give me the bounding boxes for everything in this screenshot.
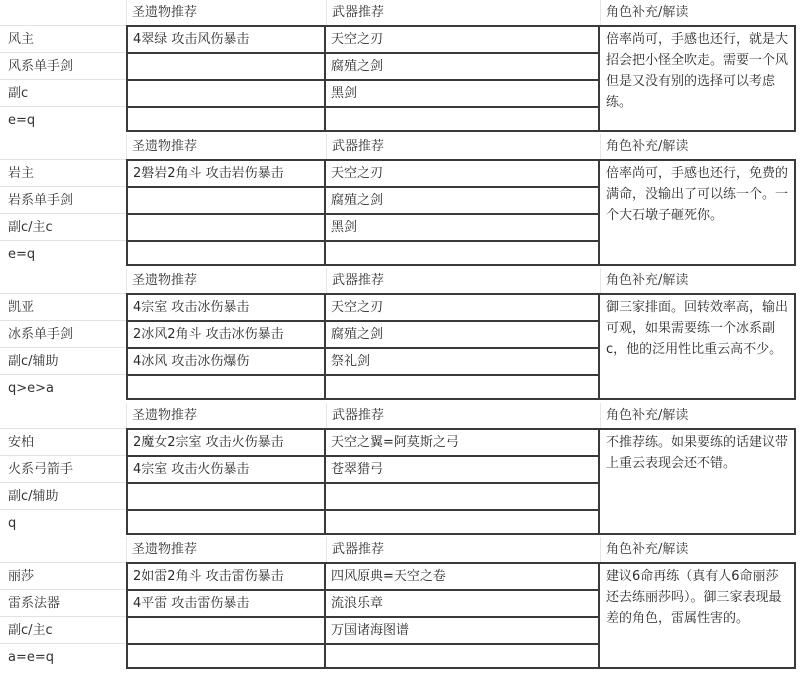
character-notes[interactable]: 倍率尚可，手感也还行，免费的满命，没输出了可以练一个。一个大石墩子砸死你。 <box>598 159 796 266</box>
artifact-cell[interactable] <box>128 618 326 645</box>
artifact-cell[interactable] <box>128 242 326 264</box>
weapon-header: 武器推荐 <box>326 537 600 562</box>
character-section-wind-traveler: 圣遗物推荐 武器推荐 角色补充/解读 风主 风系单手剑 副c e=q 4翠绿 攻… <box>0 0 800 133</box>
weapon-cell[interactable]: 流浪乐章 <box>326 591 598 618</box>
weapon-header: 武器推荐 <box>326 268 600 293</box>
character-type[interactable]: 火系弓箭手 <box>0 455 126 482</box>
character-notes[interactable]: 不推荐练。如果要练的话建议带上重云表现会还不错。 <box>598 428 796 535</box>
notes-header: 角色补充/解读 <box>600 537 796 562</box>
character-notes[interactable]: 御三家排面。回转效率高，输出可观，如果需要练一个冰系副c，他的泛用性比重云高不少… <box>598 293 796 400</box>
skill-priority[interactable]: q>e>a <box>0 374 126 401</box>
artifact-cell[interactable]: 4平雷 攻击雷伤暴击 <box>128 591 326 618</box>
weapon-cell[interactable]: 四风原典=天空之卷 <box>326 564 598 591</box>
character-role[interactable]: 副c/主c <box>0 213 126 240</box>
artifact-cell[interactable]: 4翠绿 攻击风伤暴击 <box>128 27 326 54</box>
character-type[interactable]: 风系单手剑 <box>0 52 126 79</box>
recommendation-grid: 2磐岩2角斗 攻击岩伤暴击 天空之刃 腐殖之剑 黑剑 <box>126 159 600 266</box>
character-name[interactable]: 凯亚 <box>0 293 126 320</box>
artifact-cell[interactable]: 2如雷2角斗 攻击雷伤暴击 <box>128 564 326 591</box>
weapon-cell[interactable]: 苍翠猎弓 <box>326 457 598 484</box>
skill-priority[interactable]: q <box>0 509 126 536</box>
spreadsheet: 圣遗物推荐 武器推荐 角色补充/解读 风主 风系单手剑 副c e=q 4翠绿 攻… <box>0 0 800 673</box>
artifact-cell[interactable]: 2魔女2宗室 攻击火伤暴击 <box>128 430 326 457</box>
weapon-cell[interactable] <box>326 484 598 511</box>
weapon-header: 武器推荐 <box>326 0 600 25</box>
artifact-cell[interactable]: 4冰风 攻击冰伤爆伤 <box>128 349 326 376</box>
weapon-cell[interactable] <box>326 242 598 264</box>
character-name[interactable]: 丽莎 <box>0 562 126 589</box>
weapon-cell[interactable]: 万国诸海图谱 <box>326 618 598 645</box>
notes-header: 角色补充/解读 <box>600 268 796 293</box>
weapon-cell[interactable]: 黑剑 <box>326 81 598 108</box>
character-type[interactable]: 冰系单手剑 <box>0 320 126 347</box>
weapon-cell[interactable]: 天空之刃 <box>326 295 598 322</box>
weapon-cell[interactable]: 天空之翼=阿莫斯之弓 <box>326 430 598 457</box>
weapon-cell[interactable]: 腐殖之剑 <box>326 322 598 349</box>
weapon-cell[interactable]: 腐殖之剑 <box>326 54 598 81</box>
notes-header: 角色补充/解读 <box>600 0 796 25</box>
artifact-cell[interactable]: 4宗室 攻击冰伤暴击 <box>128 295 326 322</box>
character-role[interactable]: 副c <box>0 79 126 106</box>
weapon-cell[interactable]: 腐殖之剑 <box>326 188 598 215</box>
artifact-header: 圣遗物推荐 <box>126 268 326 293</box>
artifact-cell[interactable]: 2磐岩2角斗 攻击岩伤暴击 <box>128 161 326 188</box>
recommendation-grid: 2魔女2宗室 攻击火伤暴击 天空之翼=阿莫斯之弓 4宗室 攻击火伤暴击 苍翠猎弓 <box>126 428 600 535</box>
artifact-cell[interactable] <box>128 188 326 215</box>
artifact-cell[interactable] <box>128 484 326 511</box>
character-role[interactable]: 副c/辅助 <box>0 482 126 509</box>
character-name[interactable]: 风主 <box>0 25 126 52</box>
weapon-header: 武器推荐 <box>326 134 600 159</box>
notes-header: 角色补充/解读 <box>600 403 796 428</box>
recommendation-grid: 4翠绿 攻击风伤暴击 天空之刃 腐殖之剑 黑剑 <box>126 25 600 132</box>
weapon-cell[interactable] <box>326 645 598 667</box>
artifact-cell[interactable] <box>128 54 326 81</box>
character-name[interactable]: 岩主 <box>0 159 126 186</box>
character-section-lisa: 圣遗物推荐 武器推荐 角色补充/解读 丽莎 雷系法器 副c/主c a=e=q 2… <box>0 537 800 670</box>
artifact-cell[interactable]: 4宗室 攻击火伤暴击 <box>128 457 326 484</box>
skill-priority[interactable]: a=e=q <box>0 643 126 670</box>
recommendation-grid: 2如雷2角斗 攻击雷伤暴击 四风原典=天空之卷 4平雷 攻击雷伤暴击 流浪乐章 … <box>126 562 600 669</box>
weapon-cell[interactable] <box>326 376 598 398</box>
weapon-cell[interactable]: 天空之刃 <box>326 27 598 54</box>
artifact-header: 圣遗物推荐 <box>126 537 326 562</box>
character-notes[interactable]: 倍率尚可，手感也还行，就是大招会把小怪全吹走。需要一个风但是又没有别的选择可以考… <box>598 25 796 132</box>
skill-priority[interactable]: e=q <box>0 240 126 267</box>
artifact-cell[interactable] <box>128 511 326 533</box>
character-section-geo-traveler: 圣遗物推荐 武器推荐 角色补充/解读 岩主 岩系单手剑 副c/主c e=q 2磐… <box>0 134 800 267</box>
character-name[interactable]: 安柏 <box>0 428 126 455</box>
character-role[interactable]: 副c/辅助 <box>0 347 126 374</box>
weapon-cell[interactable]: 黑剑 <box>326 215 598 242</box>
artifact-cell[interactable] <box>128 376 326 398</box>
character-notes[interactable]: 建议6命再练（真有人6命丽莎还去练丽莎吗）。御三家表现最差的角色，雷属性害的。 <box>598 562 796 669</box>
weapon-cell[interactable]: 祭礼剑 <box>326 349 598 376</box>
skill-priority[interactable]: e=q <box>0 106 126 133</box>
artifact-cell[interactable] <box>128 108 326 130</box>
notes-header: 角色补充/解读 <box>600 134 796 159</box>
artifact-header: 圣遗物推荐 <box>126 134 326 159</box>
weapon-cell[interactable]: 天空之刃 <box>326 161 598 188</box>
character-type[interactable]: 岩系单手剑 <box>0 186 126 213</box>
weapon-cell[interactable] <box>326 108 598 130</box>
character-section-kaeya: 圣遗物推荐 武器推荐 角色补充/解读 凯亚 冰系单手剑 副c/辅助 q>e>a … <box>0 268 800 401</box>
artifact-cell[interactable] <box>128 81 326 108</box>
weapon-cell[interactable] <box>326 511 598 533</box>
artifact-header: 圣遗物推荐 <box>126 0 326 25</box>
character-section-amber: 圣遗物推荐 武器推荐 角色补充/解读 安柏 火系弓箭手 副c/辅助 q 2魔女2… <box>0 403 800 536</box>
weapon-header: 武器推荐 <box>326 403 600 428</box>
recommendation-grid: 4宗室 攻击冰伤暴击 天空之刃 2冰风2角斗 攻击冰伤暴击 腐殖之剑 4冰风 攻… <box>126 293 600 400</box>
artifact-cell[interactable] <box>128 215 326 242</box>
artifact-cell[interactable]: 2冰风2角斗 攻击冰伤暴击 <box>128 322 326 349</box>
artifact-cell[interactable] <box>128 645 326 667</box>
artifact-header: 圣遗物推荐 <box>126 403 326 428</box>
character-type[interactable]: 雷系法器 <box>0 589 126 616</box>
character-role[interactable]: 副c/主c <box>0 616 126 643</box>
